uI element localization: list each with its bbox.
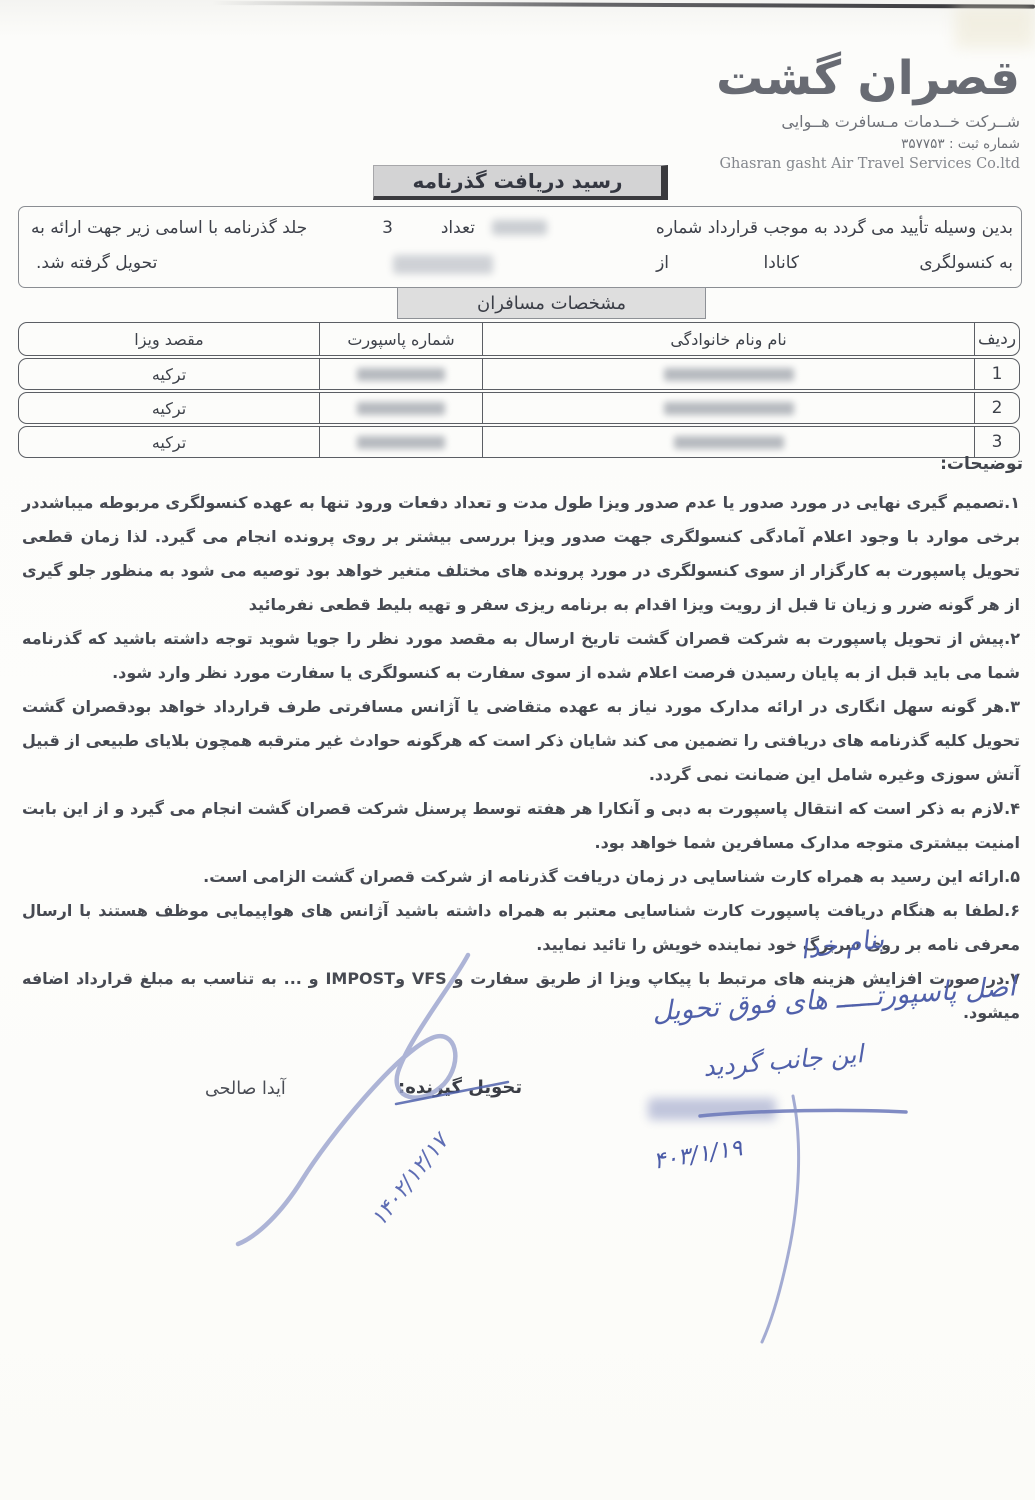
header-visa-destination: مقصد ویزا xyxy=(19,323,319,355)
receiver-label: تحویل گیرنده: xyxy=(398,1077,522,1098)
redacted-contract-number xyxy=(492,220,547,235)
redacted-name xyxy=(674,436,784,449)
contract-statement-box: بدین وسیله تأیید می گردد به موجب قرارداد… xyxy=(18,206,1022,288)
handwritten-note-line2: این جانب گردید xyxy=(702,1039,864,1082)
header-row-number: ردیف xyxy=(974,323,1019,355)
count-label: تعداد xyxy=(441,218,475,238)
note-item-2: ۲.پیش از تحویل پاسپورت به شرکت قصران گشت… xyxy=(22,622,1020,690)
table-header-row: ردیف نام ونام خانوادگی شماره پاسپورت مقص… xyxy=(18,322,1020,356)
note-item-3: ۳.هر گونه سهل انگاری در ارائه مدارک مورد… xyxy=(22,690,1020,792)
row-index: 3 xyxy=(974,427,1019,457)
handwritten-date-right: ۴۰۳/۱/۱۹ xyxy=(652,1135,745,1175)
redacted-name xyxy=(664,402,794,415)
row-passport-redacted xyxy=(319,427,482,457)
company-logo-text: قصران گشت xyxy=(716,52,1020,106)
row-visa-destination: ترکیه xyxy=(19,393,319,423)
redacted-passport-number xyxy=(357,402,445,415)
table-row: 3 ترکیه xyxy=(18,426,1020,458)
row-name-redacted xyxy=(482,393,974,423)
row-passport-redacted xyxy=(319,359,482,389)
document-title-box: رسید دریافت گذرنامه xyxy=(373,165,668,200)
redacted-agency-name xyxy=(393,255,493,274)
redacted-name xyxy=(664,368,794,381)
intro-text-2: جلد گذرنامه با اسامی زیر جهت ارائه به xyxy=(31,218,307,238)
count-value: 3 xyxy=(382,218,393,238)
row-index: 1 xyxy=(974,359,1019,389)
note-item-1: ۱.تصمیم گیری نهایی در مورد صدور یا عدم ص… xyxy=(22,486,1020,622)
header-name: نام ونام خانوادگی xyxy=(482,323,974,355)
row-name-redacted xyxy=(482,427,974,457)
handwritten-date-left: ۱۴۰۲/۱۲/۱۷ xyxy=(351,1110,469,1251)
row-index: 2 xyxy=(974,393,1019,423)
redacted-passport-number xyxy=(357,368,445,381)
note-item-5: ۵.ارائه این رسید به همراه کارت شناسایی د… xyxy=(22,860,1020,894)
redacted-signature-strip xyxy=(648,1098,776,1120)
company-name-latin: Ghasran gasht Air Travel Services Co.ltd xyxy=(716,156,1020,172)
right-signature-tail-stroke xyxy=(762,1096,799,1342)
redacted-passport-number xyxy=(357,436,445,449)
consulate-label: به کنسولگری xyxy=(919,253,1013,273)
intro-text-1: بدین وسیله تأیید می گردد به موجب قرارداد… xyxy=(656,218,1013,238)
from-label: از xyxy=(656,253,669,273)
document-title: رسید دریافت گذرنامه xyxy=(412,169,622,193)
notes-title: توضیحات: xyxy=(940,454,1023,474)
intro-text-3: تحویل گرفته شد. xyxy=(36,253,157,273)
passengers-table: ردیف نام ونام خانوادگی شماره پاسپورت مقص… xyxy=(18,322,1020,460)
passengers-section-title: مشخصات مسافران xyxy=(477,293,626,314)
row-passport-redacted xyxy=(319,393,482,423)
company-subtitle: شــرکت خــدمات مـسافرت هــوایی xyxy=(716,112,1020,131)
scan-corner-tint xyxy=(955,6,1035,48)
scanned-document: قصران گشت شــرکت خــدمات مـسافرت هــوایی… xyxy=(0,0,1035,1500)
company-logo-block: قصران گشت شــرکت خــدمات مـسافرت هــوایی… xyxy=(716,52,1020,172)
passengers-section-title-box: مشخصات مسافران xyxy=(397,287,706,319)
registration-number: شماره ثبت : ۳۵۷۷۵۳ xyxy=(716,136,1020,152)
row-name-redacted xyxy=(482,359,974,389)
row-visa-destination: ترکیه xyxy=(19,359,319,389)
consulate-country: کانادا xyxy=(764,253,799,273)
table-row: 2 ترکیه xyxy=(18,392,1020,424)
scan-edge-artifact xyxy=(212,1,1035,9)
header-passport: شماره پاسپورت xyxy=(319,323,482,355)
receiver-name: آیدا صالحی xyxy=(205,1079,286,1099)
row-visa-destination: ترکیه xyxy=(19,427,319,457)
table-row: 1 ترکیه xyxy=(18,358,1020,390)
note-item-4: ۴.لازم به ذکر است که انتقال پاسپورت به د… xyxy=(22,792,1020,860)
